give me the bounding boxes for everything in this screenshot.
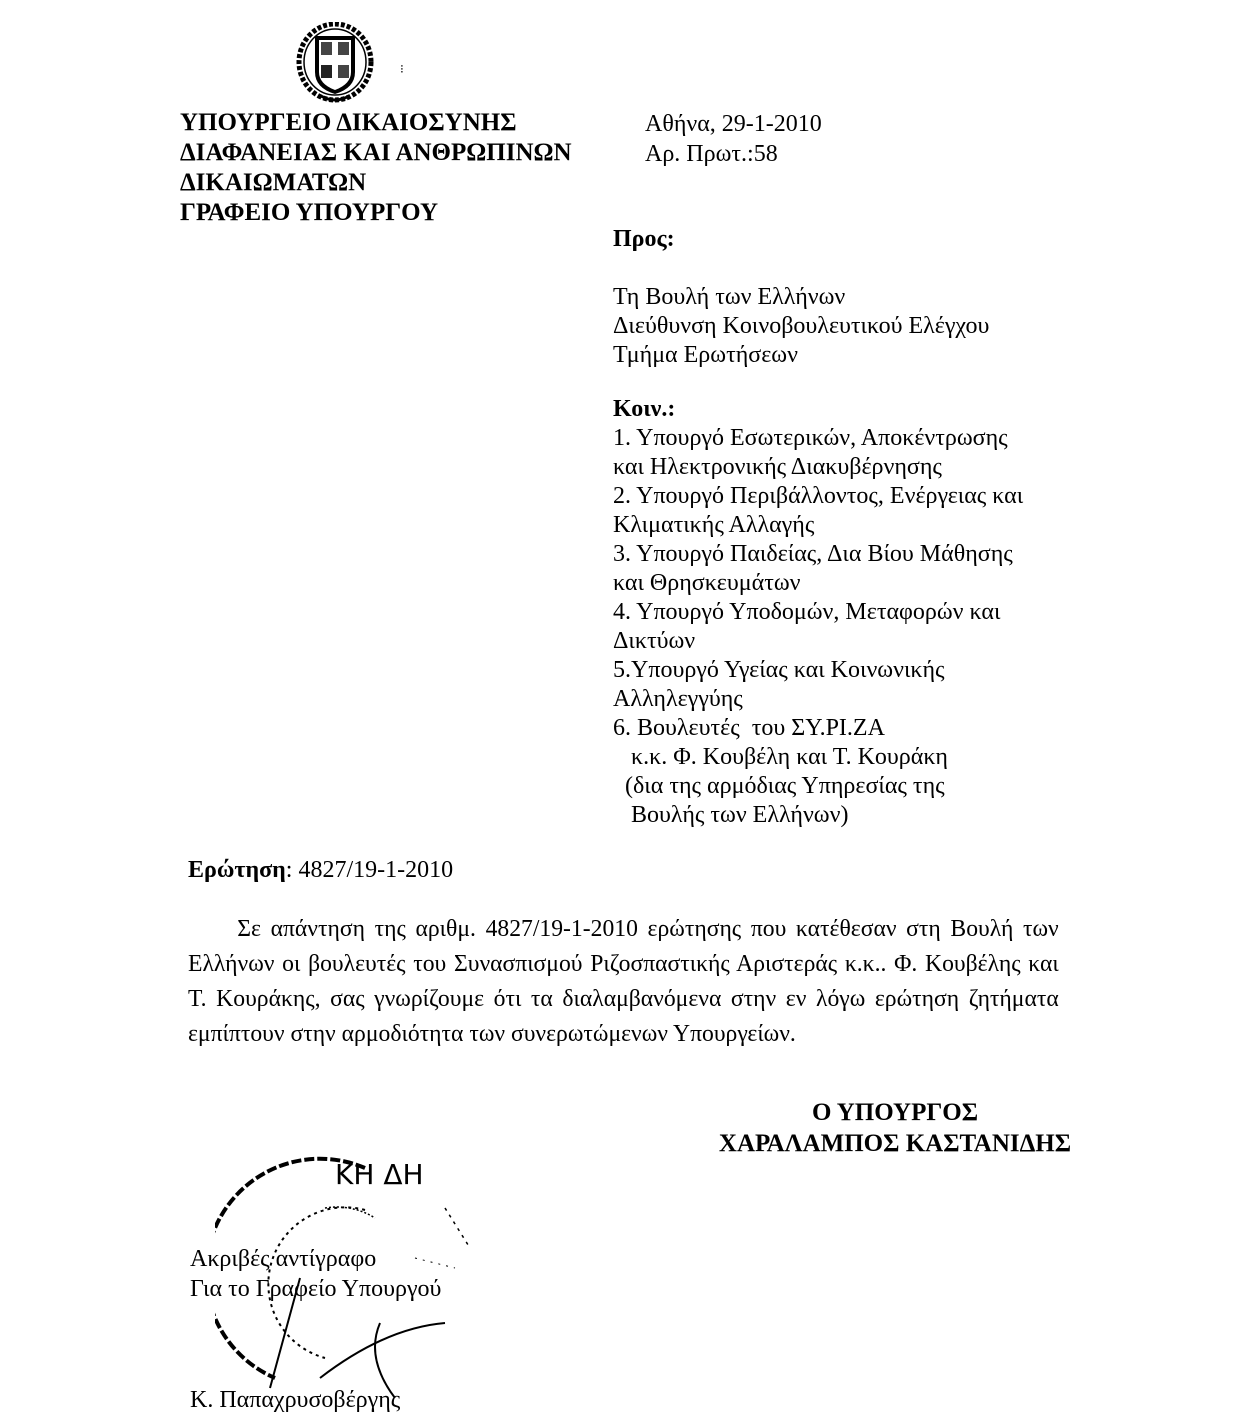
signatory-name: ΧΑΡΑΛΑΜΠΟΣ ΚΑΣΤΑΝΙΔΗΣ (700, 1128, 1090, 1159)
signatory-title: Ο ΥΠΟΥΡΓΟΣ (700, 1097, 1090, 1128)
cc-line: κ.κ. Φ. Κουβέλη και Τ. Κουράκη (613, 743, 1023, 772)
svg-text:ΚΗ ΔΗ: ΚΗ ΔΗ (335, 1158, 424, 1191)
cc-line: Δικτύων (613, 627, 1023, 656)
body-text: Σε απάντηση της αριθμ. 4827/19-1-2010 ερ… (188, 916, 1059, 1047)
ministry-line: ΔΙΚΑΙΩΜΑΤΩΝ (180, 168, 572, 198)
cc-label: Κοιν.: (613, 395, 1023, 424)
ministry-line: ΓΡΑΦΕΙΟ ΥΠΟΥΡΓΟΥ (180, 198, 572, 228)
cc-line: Κλιματικής Αλλαγής (613, 511, 1023, 540)
addressee-block: Τη Βουλή των Ελλήνων Διεύθυνση Κοινοβουλ… (613, 283, 989, 370)
question-value: : 4827/19-1-2010 (286, 857, 453, 883)
cc-line: Βουλής των Ελλήνων) (613, 801, 1023, 830)
certified-copy-signer: Κ. Παπαχρυσοβέργης (190, 1387, 400, 1414)
certified-copy-note: Ακριβές αντίγραφο Για το Γραφείο Υπουργο… (190, 1244, 441, 1304)
addressee-line: Διεύθυνση Κοινοβουλευτικού Ελέγχου (613, 312, 989, 341)
cc-line: 2. Υπουργό Περιβάλλοντος, Ενέργειας και (613, 482, 1023, 511)
cc-line: και Ηλεκτρονικής Διακυβέρνησης (613, 453, 1023, 482)
protocol-number: Αρ. Πρωτ.:58 (645, 139, 822, 169)
body-paragraph: Σε απάντηση της αριθμ. 4827/19-1-2010 ερ… (188, 912, 1059, 1052)
cc-line: και Θρησκευμάτων (613, 569, 1023, 598)
signature-block: Ο ΥΠΟΥΡΓΟΣ ΧΑΡΑΛΑΜΠΟΣ ΚΑΣΤΑΝΙΔΗΣ (700, 1097, 1090, 1159)
addressee-label: Προς: (613, 226, 675, 253)
ministry-header: ΥΠΟΥΡΓΕΙΟ ΔΙΚΑΙΟΣΥΝΗΣ ΔΙΑΦΑΝΕΙΑΣ ΚΑΙ ΑΝΘ… (180, 108, 572, 228)
question-label: Ερώτηση (188, 857, 286, 883)
cc-line: 5.Υπουργό Υγείας και Κοινωνικής (613, 656, 1023, 685)
ministry-line: ΔΙΑΦΑΝΕΙΑΣ ΚΑΙ ΑΝΘΡΩΠΙΝΩΝ (180, 138, 572, 168)
addressee-line: Τη Βουλή των Ελλήνων (613, 283, 989, 312)
scan-artifact: ⁝ (400, 62, 404, 77)
cc-line: 4. Υπουργό Υποδομών, Μεταφορών και (613, 598, 1023, 627)
certified-copy-line: Ακριβές αντίγραφο (190, 1244, 441, 1274)
cc-line: 1. Υπουργό Εσωτερικών, Αποκέντρωσης (613, 424, 1023, 453)
addressee-line: Τμήμα Ερωτήσεων (613, 341, 989, 370)
date-block: Αθήνα, 29-1-2010 Αρ. Πρωτ.:58 (645, 109, 822, 169)
certified-copy-line: Για το Γραφείο Υπουργού (190, 1274, 441, 1304)
cc-line: 3. Υπουργό Παιδείας, Δια Βίου Μάθησης (613, 540, 1023, 569)
cc-line: (δια της αρμόδιας Υπηρεσίας της (613, 772, 1023, 801)
cc-block: Κοιν.: 1. Υπουργό Εσωτερικών, Αποκέντρωσ… (613, 395, 1023, 830)
greek-coat-of-arms-icon (295, 22, 375, 106)
cc-line: 6. Βουλευτές του ΣΥ.ΡΙ.ΖΑ (613, 714, 1023, 743)
ministry-line: ΥΠΟΥΡΓΕΙΟ ΔΙΚΑΙΟΣΥΝΗΣ (180, 108, 572, 138)
place-date: Αθήνα, 29-1-2010 (645, 109, 822, 139)
question-reference: Ερώτηση: 4827/19-1-2010 (188, 857, 453, 884)
cc-line: Αλληλεγγύης (613, 685, 1023, 714)
